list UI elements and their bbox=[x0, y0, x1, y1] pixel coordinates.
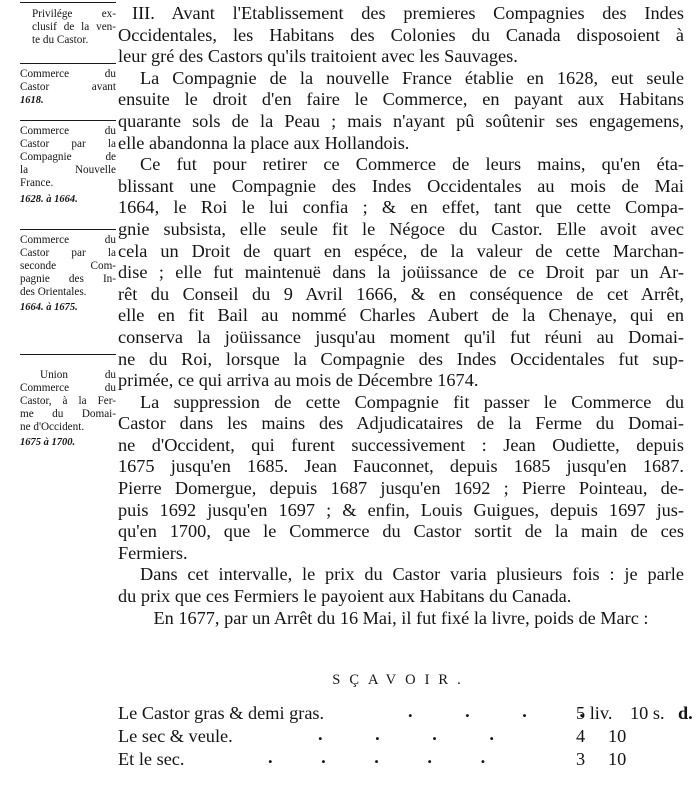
price-sols: 10 s. bbox=[630, 703, 665, 724]
paragraph-line: rêt du Conseil du 9 Avril 1666, & en con… bbox=[118, 284, 684, 306]
margin-note-line: Castor par la bbox=[20, 138, 116, 151]
paragraph-line: cela un Droit de quart en espéce, de la … bbox=[118, 241, 684, 263]
paragraph-line: elle abandonna la place aux Hollandois. bbox=[118, 133, 684, 155]
margin-note-line: Union du bbox=[20, 369, 116, 382]
document-page: Privilége ex- clusif de la ven- te du Ca… bbox=[0, 0, 698, 786]
paragraph-line: Castor dans les mains des Adjudicataires… bbox=[118, 413, 684, 435]
paragraph-line: elle en fit Bail au nommé Charles Aubert… bbox=[118, 305, 684, 327]
margin-rule bbox=[20, 2, 116, 3]
paragraph-line: gnie subsista, elle seule fit le Négoce … bbox=[118, 219, 684, 241]
margin-note-years: 1675 à 1700. bbox=[20, 436, 116, 449]
margin-note-privilege: Privilége ex- clusif de la ven- te du Ca… bbox=[20, 8, 116, 47]
margin-note-line: Commerce du bbox=[20, 68, 116, 81]
margin-note-line: me du Domai- bbox=[20, 408, 116, 421]
margin-note-before-1618: Commerce du Castor avant 1618. bbox=[20, 68, 116, 107]
savoir-heading: SÇAVOIR. bbox=[118, 672, 684, 689]
margin-note-line: Privilége ex- bbox=[32, 8, 116, 21]
paragraph-line: La Compagnie de la nouvelle France établ… bbox=[118, 68, 684, 90]
price-row: Et le sec. . . . . . 3 10 bbox=[118, 749, 698, 772]
margin-note-line: ne d'Occident. bbox=[20, 421, 116, 434]
price-row: Le sec & veule. . . . . 4 10 bbox=[118, 726, 698, 749]
paragraph-line: puis 1692 jusqu'en 1697 ; & enfin, Louis… bbox=[118, 500, 684, 522]
margin-note-line: des Orientales. bbox=[20, 286, 116, 299]
margin-note-nouvelle-france: Commerce du Castor par la Compagnie de l… bbox=[20, 125, 116, 206]
paragraph-line: primée, ce qui arriva au mois de Décembr… bbox=[118, 370, 684, 392]
leader-dots: . . . . bbox=[318, 724, 488, 745]
paragraph-line: Dans cet intervalle, le prix du Castor v… bbox=[118, 564, 684, 586]
paragraph-line: dise ; elle fut maintenuë dans la joüiss… bbox=[118, 262, 684, 284]
paragraph-line: ensuite le droit d'en faire le Commerce,… bbox=[118, 89, 684, 111]
margin-note-line: la Nouvelle bbox=[20, 164, 116, 177]
price-sols: 10 bbox=[608, 749, 626, 770]
margin-note-union: Union du Commerce du Castor, à la Fer- m… bbox=[20, 369, 116, 449]
margin-note-years: 1618. bbox=[20, 94, 116, 107]
paragraph-line: ne d'Occident, qui furent successivement… bbox=[118, 435, 684, 457]
margin-note-line: Compagnie de bbox=[20, 151, 116, 164]
margin-rule bbox=[20, 229, 116, 230]
paragraph-line: Fermiers. bbox=[118, 543, 684, 565]
margin-rule bbox=[20, 120, 116, 121]
price-row: Le Castor gras & demi gras. . . . . 5 li… bbox=[118, 703, 698, 726]
margin-note-line: Commerce du bbox=[20, 125, 116, 138]
margin-note-line: Castor par la bbox=[20, 247, 116, 260]
paragraph-line: Pierre Domergue, depuis 1687 jusqu'en 16… bbox=[118, 478, 684, 500]
paragraph-line: 1675 jusqu'en 1685. Jean Fauconnet, depu… bbox=[118, 456, 684, 478]
paragraph-line: ne du Roi, lorsque la Compagnie des Inde… bbox=[118, 349, 684, 371]
margin-note-line: pagnie des In- bbox=[20, 273, 116, 286]
margin-note-line: Castor, à la Fer- bbox=[20, 395, 116, 408]
price-table: Le Castor gras & demi gras. . . . . 5 li… bbox=[118, 703, 698, 772]
margin-note-line: seconde Com- bbox=[20, 260, 116, 273]
paragraph-line: blissant une Compagnie des Indes Occiden… bbox=[118, 176, 684, 198]
margin-note-seconde-compagnie: Commerce du Castor par la seconde Com- p… bbox=[20, 234, 116, 314]
price-livres: 5 liv. bbox=[576, 703, 612, 724]
margin-note-line: clusif de la ven- bbox=[32, 21, 116, 34]
price-livres: 3 bbox=[576, 749, 585, 770]
margin-note-years: 1628. à 1664. bbox=[20, 193, 116, 206]
paragraph-line: Occidentales, les Habitans des Colonies … bbox=[118, 25, 684, 47]
main-text: III. Avant l'Etablissement des premieres… bbox=[118, 3, 684, 629]
price-item: Et le sec. bbox=[118, 749, 185, 770]
paragraph-line: conserva la joüissance jusqu'au moment q… bbox=[118, 327, 684, 349]
leader-dots: . . . . . bbox=[268, 747, 438, 768]
price-item: Le sec & veule. bbox=[118, 726, 233, 747]
margin-rule bbox=[20, 354, 116, 355]
price-deniers: d. bbox=[678, 703, 693, 724]
price-livres: 4 bbox=[576, 726, 585, 747]
paragraph-line: Ce fut pour retirer ce Commerce de leurs… bbox=[118, 154, 684, 176]
paragraph-line: III. Avant l'Etablissement des premieres… bbox=[118, 3, 684, 25]
paragraph-line: leur gré des Castors qu'ils traitoient a… bbox=[118, 46, 684, 68]
paragraph-line: 1664, le Roi le lui confia ; & en effet,… bbox=[118, 197, 684, 219]
margin-note-years: 1664. à 1675. bbox=[20, 301, 116, 314]
margin-note-line: Castor avant bbox=[20, 81, 116, 94]
paragraph-line: qu'en 1700, que le Commerce du Castor so… bbox=[118, 521, 684, 543]
price-item: Le Castor gras & demi gras. bbox=[118, 703, 324, 724]
margin-note-line: Commerce du bbox=[20, 382, 116, 395]
paragraph-line: quarante sols de la Peau ; mais n'ayant … bbox=[118, 111, 684, 133]
paragraph-line: du prix que ces Fermiers le payoient aux… bbox=[118, 586, 684, 608]
margin-rule bbox=[20, 63, 116, 64]
paragraph-line: En 1677, par un Arrêt du 16 Mai, il fut … bbox=[118, 608, 684, 630]
price-sols: 10 bbox=[608, 726, 626, 747]
margin-note-line: te du Castor. bbox=[32, 34, 116, 47]
leader-dots: . . . . bbox=[408, 701, 578, 722]
paragraph-line: La suppression de cette Compagnie fit pa… bbox=[118, 392, 684, 414]
margin-note-line: Commerce du bbox=[20, 234, 116, 247]
margin-note-line: France. bbox=[20, 177, 116, 190]
